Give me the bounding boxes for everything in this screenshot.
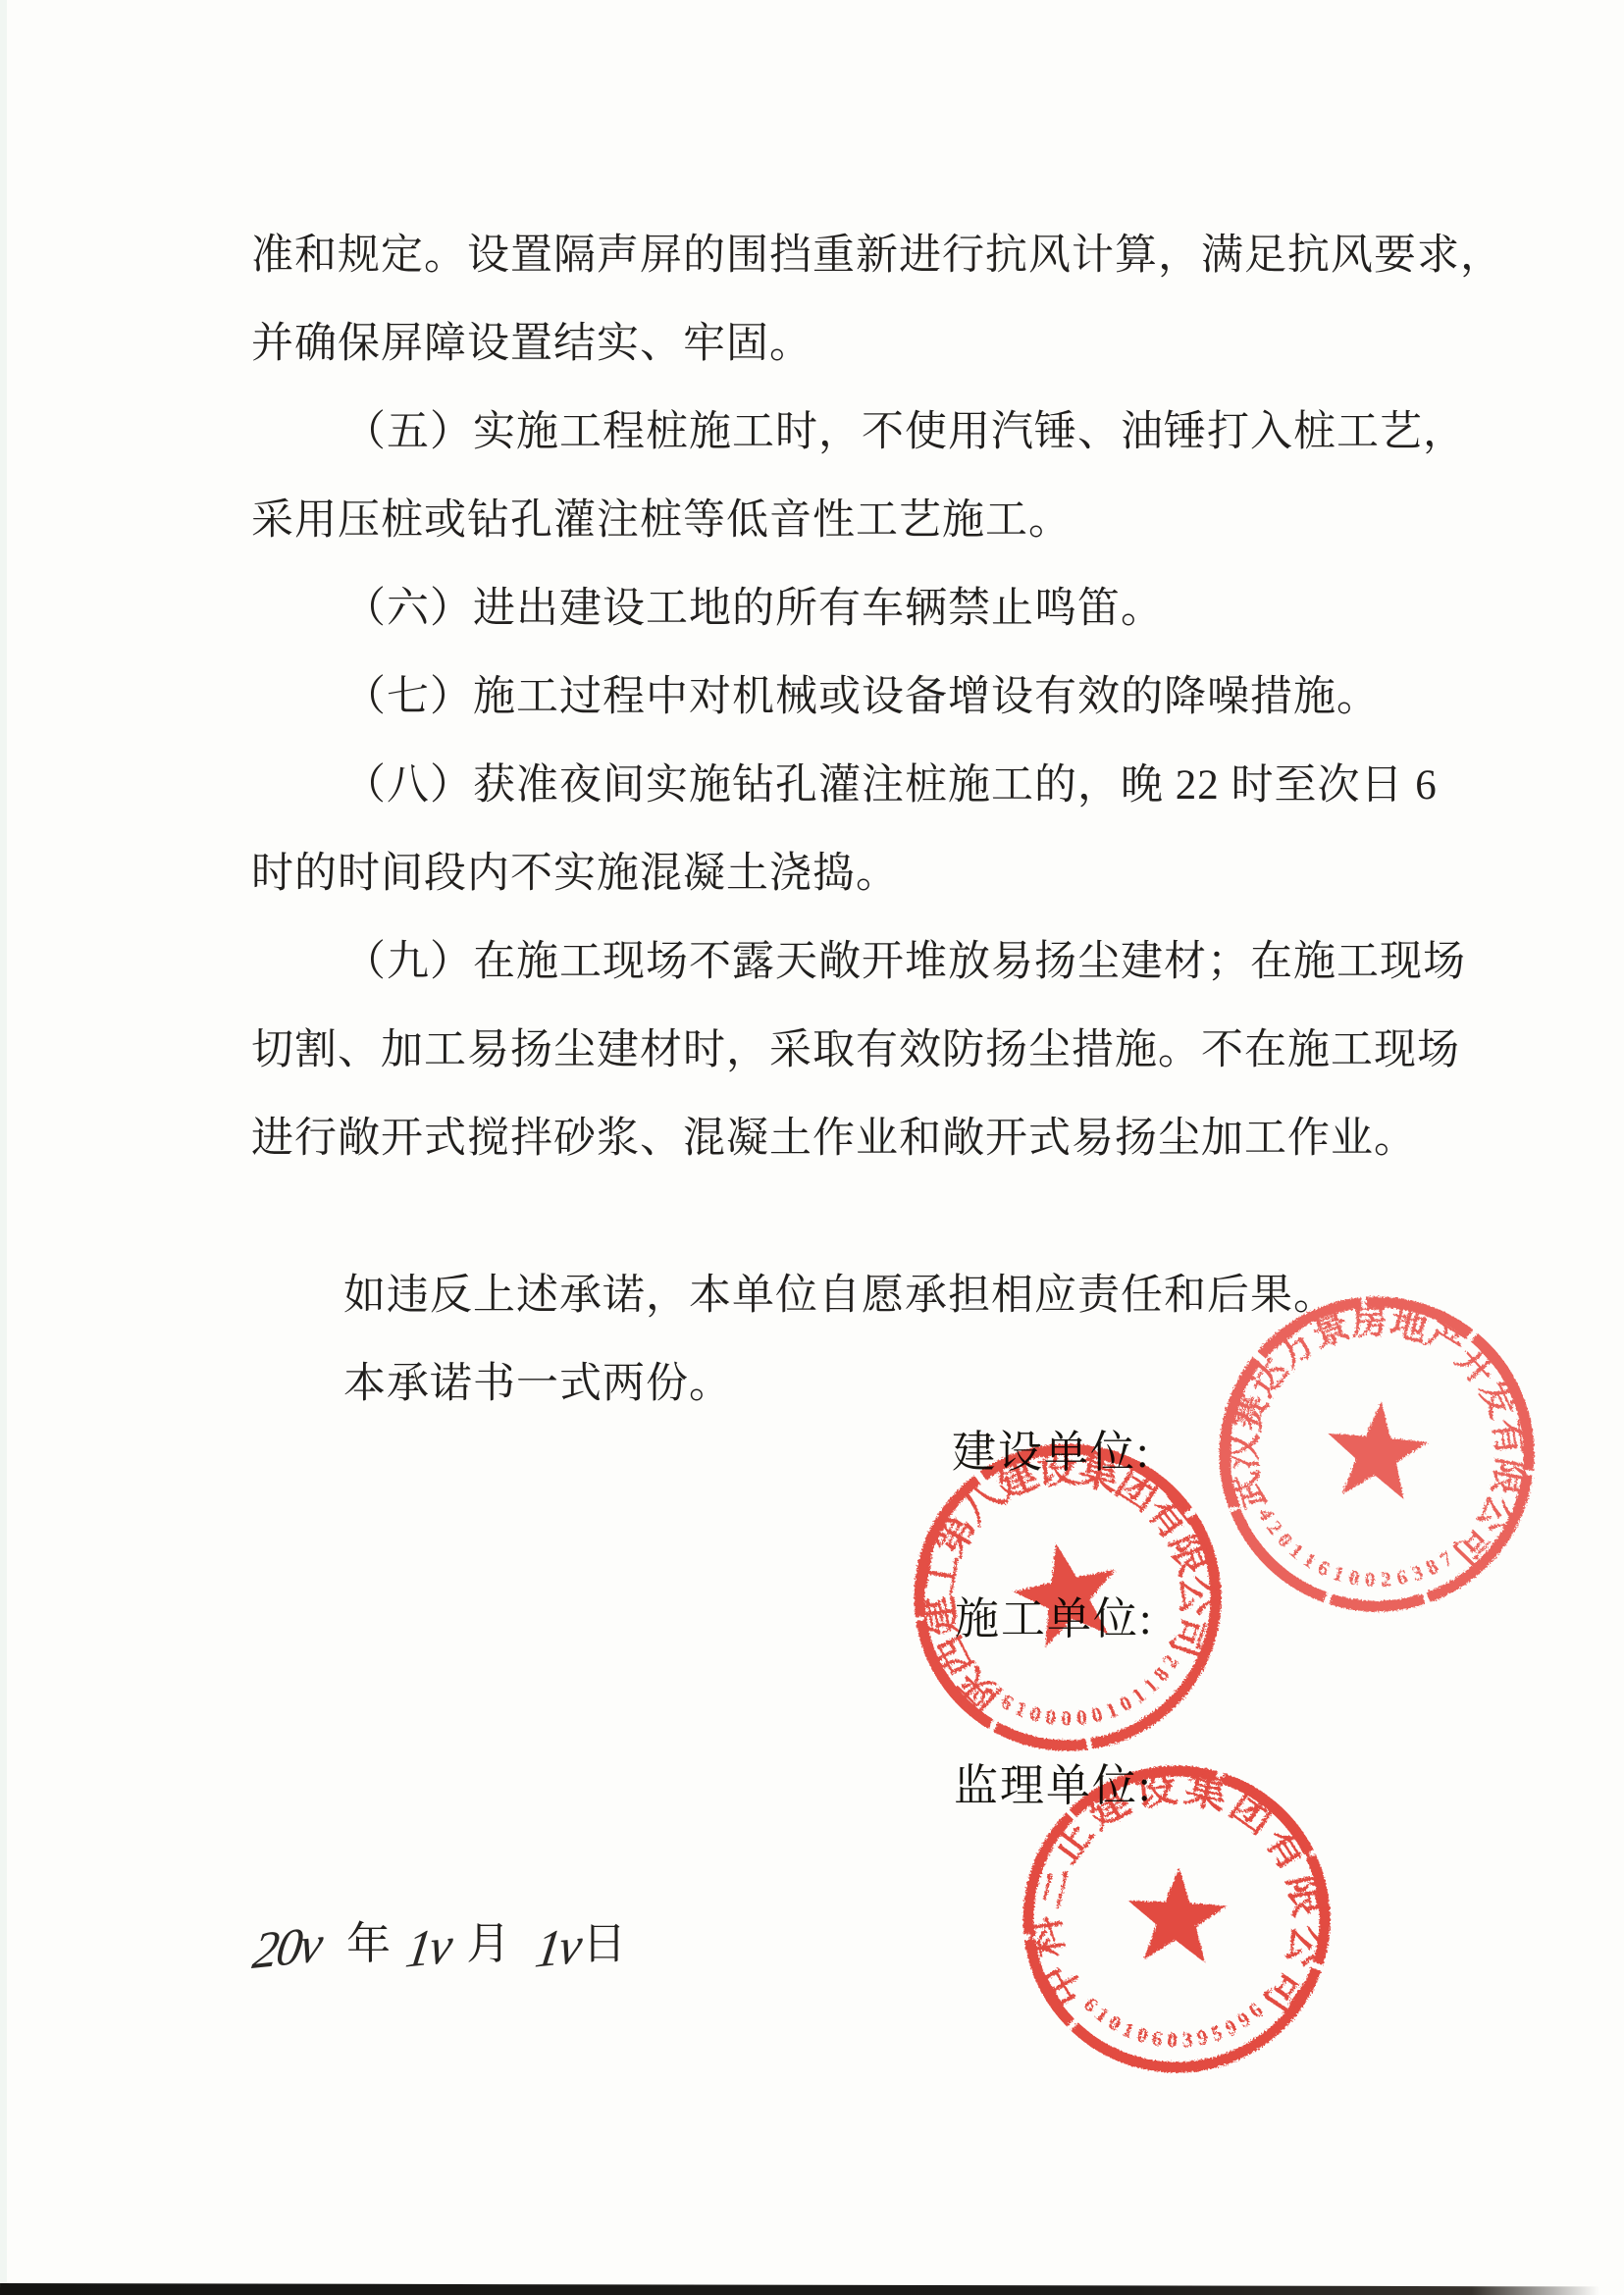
body-text-line: 采用压桩或钻孔灌注桩等低音性工艺施工。	[251, 487, 1072, 547]
body-text-line: 如违反上述承诺，本单位自愿承担相应责任和后果。	[343, 1262, 1336, 1322]
signature-label: 监理单位:	[954, 1749, 1153, 1813]
body-text-line: 切割、加工易扬尘建材时，采取有效防扬尘措施。不在施工现场	[251, 1017, 1460, 1076]
signature-label: 建设单位:	[952, 1416, 1151, 1480]
document-text-layer: 准和规定。设置隔声屏的围挡重新进行抗风计算，满足抗风要求，并确保屏障设置结实、牢…	[0, 0, 1624, 2295]
signature-label: 施工单位:	[955, 1583, 1154, 1646]
body-text-line: 进行敞开式搅拌砂浆、混凝土作业和敞开式易扬尘加工作业。	[251, 1105, 1417, 1165]
body-text-line: （九）在施工现场不露天敞开堆放易扬尘建材；在施工现场	[343, 928, 1466, 988]
handwritten-year: 20v	[249, 1915, 325, 1981]
handwritten-date-line: 20v年1v月1v日	[253, 1907, 626, 1977]
body-text-line: 时的时间段内不实施混凝土浇捣。	[251, 840, 899, 900]
body-text-line: 本承诺书一式两份。	[343, 1350, 732, 1410]
body-text-line: （八）获准夜间实施钻孔灌注桩施工的，晚 22 时至次日 6	[343, 752, 1438, 811]
scanned-document-page: 准和规定。设置隔声屏的围挡重新进行抗风计算，满足抗风要求，并确保屏障设置结实、牢…	[0, 0, 1624, 2295]
handwritten-day: 1v	[532, 1916, 584, 1980]
body-text-line: 准和规定。设置隔声屏的围挡重新进行抗风计算，满足抗风要求，	[251, 222, 1503, 282]
handwritten-month: 1v	[402, 1916, 454, 1980]
date-unit-day: 日	[582, 1907, 626, 1971]
body-text-line: 并确保屏障设置结实、牢固。	[251, 310, 812, 370]
body-text-line: （六）进出建设工地的所有车辆禁止鸣笛。	[343, 575, 1164, 635]
body-text-line: （七）施工过程中对机械或设备增设有效的降噪措施。	[343, 663, 1380, 723]
date-unit-year: 年	[346, 1907, 391, 1971]
date-unit-month: 月	[466, 1907, 510, 1971]
body-text-line: （五）实施工程桩施工时，不使用汽锤、油锤打入桩工艺，	[343, 398, 1466, 458]
